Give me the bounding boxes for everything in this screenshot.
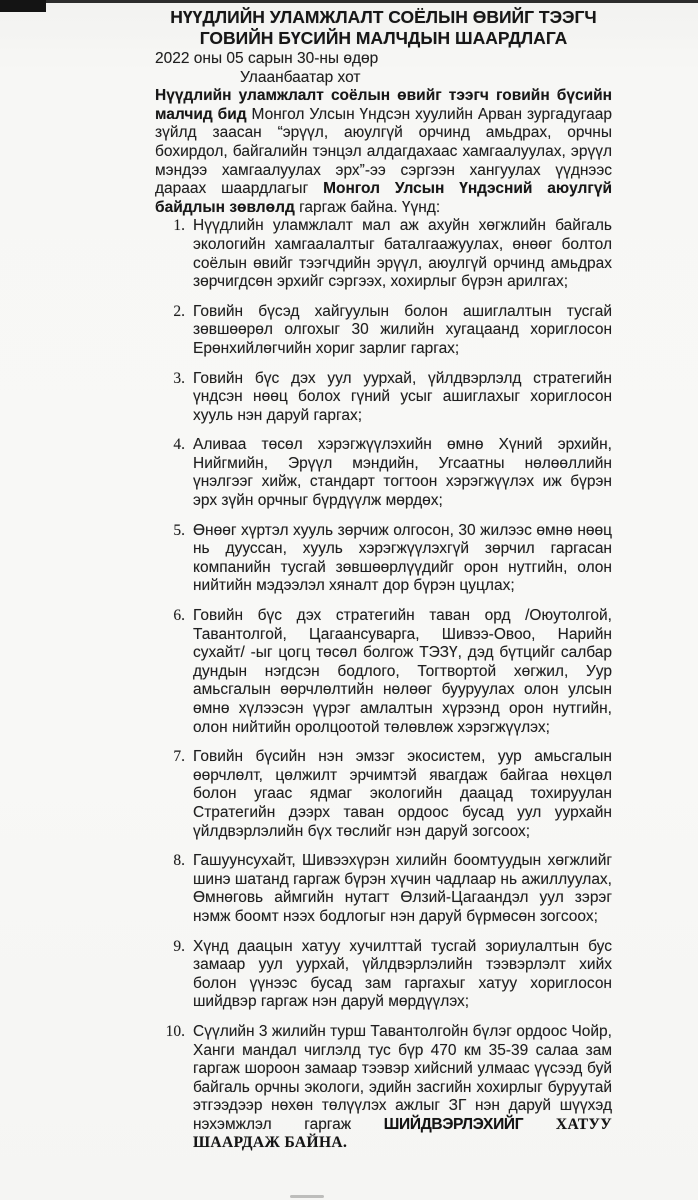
- demand-item-1: 1. Нүүдлийн уламжлалт мал аж ахуйн хөгжл…: [155, 217, 612, 291]
- document-title-line2: ГОВИЙН БҮСИЙН МАЛЧДЫН ШААРДЛАГА: [200, 28, 568, 48]
- document-date: 2022 оны 05 сарын 30-ны өдөр: [155, 50, 612, 69]
- demand-text: Гашуунсухайт, Шивээхүрэн хилийн боомтууд…: [193, 852, 612, 926]
- demand-item-4: 4. Аливаа төсөл хэрэгжүүлэхийн өмнө Хүни…: [155, 436, 612, 510]
- demand-number: 10.: [155, 1023, 193, 1042]
- document-title: НҮҮДЛИЙН УЛАМЖЛАЛТ СОЁЛЫН ӨВИЙГ ТЭЭГЧ ГО…: [155, 7, 612, 49]
- demand-item-10: 10. Сүүлийн 3 жилийн турш Тавантолгойн б…: [155, 1023, 612, 1153]
- demand-item-9: 9. Хүнд даацын хатуу хучилттай тусгай зо…: [155, 938, 612, 1012]
- scan-top-edge-artifact: [0, 0, 698, 3]
- demand-text: Говийн бүс дэх уул уурхай, үйлдвэрлэлд с…: [193, 370, 612, 426]
- document-page: НҮҮДЛИЙН УЛАМЖЛАЛТ СОЁЛЫН ӨВИЙГ ТЭЭГЧ ГО…: [0, 0, 698, 1200]
- demand-number: 8.: [155, 852, 193, 871]
- demand-number: 7.: [155, 748, 193, 767]
- scan-corner-artifact: [0, 0, 46, 12]
- document-city: Улаанбаатар хот: [240, 69, 612, 88]
- demand-number: 2.: [155, 303, 193, 322]
- demand-item-6: 6. Говийн бүс дэх стратегийн таван орд /…: [155, 607, 612, 737]
- demand-number: 4.: [155, 436, 193, 455]
- demand-number: 6.: [155, 607, 193, 626]
- demand-number: 1.: [155, 217, 193, 236]
- demand-text: Сүүлийн 3 жилийн турш Тавантолгойн бүлэг…: [193, 1023, 612, 1153]
- demand-text-bold-sans: ШИЙДВЭРЛЭХИЙГ: [384, 1116, 524, 1133]
- demands-list: 1. Нүүдлийн уламжлалт мал аж ахуйн хөгжл…: [155, 217, 612, 1153]
- demand-number: 9.: [155, 938, 193, 957]
- demand-text: Говийн бүсэд хайгуулын болон ашиглалтын …: [193, 303, 612, 359]
- intro-paragraph: Нүүдлийн уламжлалт соёлын өвийг тээгч го…: [155, 87, 612, 217]
- demand-text: Нүүдлийн уламжлалт мал аж ахуйн хөгжлийн…: [193, 217, 612, 291]
- demand-text: Өнөөг хүртэл хууль зөрчиж олгосон, 30 жи…: [193, 522, 612, 596]
- demand-text: Говийн бүс дэх стратегийн таван орд /Оюу…: [193, 607, 612, 737]
- demand-text: Говийн бүсийн нэн эмзэг экосистем, уур а…: [193, 748, 612, 841]
- demand-text: Аливаа төсөл хэрэгжүүлэхийн өмнө Хүний э…: [193, 436, 612, 510]
- demand-item-8: 8. Гашуунсухайт, Шивээхүрэн хилийн боомт…: [155, 852, 612, 926]
- demand-item-7: 7. Говийн бүсийн нэн эмзэг экосистем, уу…: [155, 748, 612, 841]
- document-body: НҮҮДЛИЙН УЛАМЖЛАЛТ СОЁЛЫН ӨВИЙГ ТЭЭГЧ ГО…: [155, 7, 612, 1153]
- demand-number: 3.: [155, 370, 193, 389]
- demand-number: 5.: [155, 522, 193, 541]
- demand-item-3: 3. Говийн бүс дэх уул уурхай, үйлдвэрлэл…: [155, 370, 612, 426]
- scan-bottom-artifact: [290, 1195, 324, 1198]
- demand-item-2: 2. Говийн бүсэд хайгуулын болон ашиглалт…: [155, 303, 612, 359]
- demand-text: Хүнд даацын хатуу хучилттай тусгай зориу…: [193, 938, 612, 1012]
- document-title-line1: НҮҮДЛИЙН УЛАМЖЛАЛТ СОЁЛЫН ӨВИЙГ ТЭЭГЧ: [170, 7, 596, 27]
- demand-item-5: 5. Өнөөг хүртэл хууль зөрчиж олгосон, 30…: [155, 522, 612, 596]
- intro-tail-text: гаргаж байна. Үүнд:: [295, 199, 440, 216]
